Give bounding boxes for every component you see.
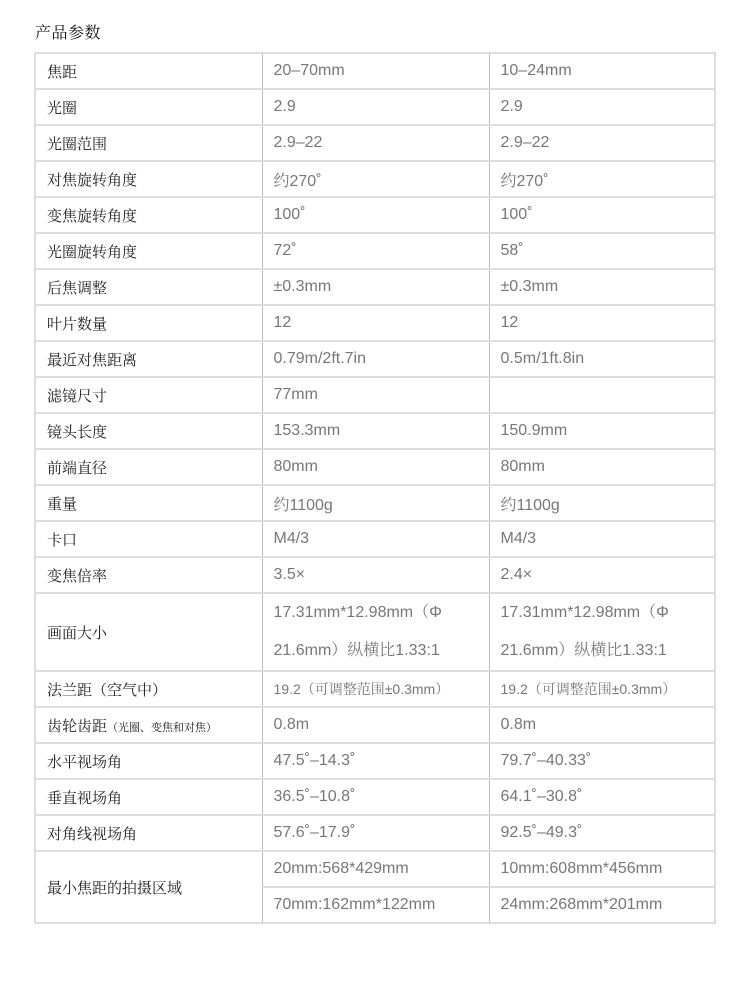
row-value-2: 约270˚ [489,161,715,197]
row-label: 最小焦距的拍摄区域 [35,851,262,923]
row-value-2: 约1100g [489,485,715,521]
row-label: 变焦旋转角度 [35,197,262,233]
table-row: 最近对焦距离 0.79m/2ft.7in 0.5m/1ft.8in [35,341,715,377]
row-value-2: 2.9–22 [489,125,715,161]
row-value-1: 20mm:568*429mm [262,851,489,887]
table-row: 叶片数量 12 12 [35,305,715,341]
row-label: 滤镜尺寸 [35,377,262,413]
row-value-1: 2.9 [262,89,489,125]
row-value-1: 约270˚ [262,161,489,197]
row-value-1: 57.6˚–17.9˚ [262,815,489,851]
row-label: 镜头长度 [35,413,262,449]
row-value-1: 20–70mm [262,53,489,89]
row-value-2: M4/3 [489,521,715,557]
row-label: 水平视场角 [35,743,262,779]
row-value-1: 153.3mm [262,413,489,449]
row-value-2: 10mm:608mm*456mm [489,851,715,887]
row-label: 变焦倍率 [35,557,262,593]
row-label: 卡口 [35,521,262,557]
row-value-2: 12 [489,305,715,341]
row-value-2 [489,377,715,413]
row-value-2: ±0.3mm [489,269,715,305]
row-value-1: 17.31mm*12.98mm（Φ 21.6mm）纵横比1.33:1 [262,593,489,671]
row-value-2: 2.9 [489,89,715,125]
row-value-1: 80mm [262,449,489,485]
table-row: 法兰距（空气中） 19.2（可调整范围±0.3mm） 19.2（可调整范围±0.… [35,671,715,707]
row-label: 垂直视场角 [35,779,262,815]
table-row: 最小焦距的拍摄区域 20mm:568*429mm 10mm:608mm*456m… [35,851,715,887]
row-value-1: 0.8m [262,707,489,743]
row-value-2: 150.9mm [489,413,715,449]
row-value-2: 17.31mm*12.98mm（Φ 21.6mm）纵横比1.33:1 [489,593,715,671]
row-value-1: 36.5˚–10.8˚ [262,779,489,815]
row-label: 画面大小 [35,593,262,671]
table-row: 水平视场角 47.5˚–14.3˚ 79.7˚–40.33˚ [35,743,715,779]
table-row: 卡口 M4/3 M4/3 [35,521,715,557]
row-value-1: 72˚ [262,233,489,269]
row-value-1: 3.5× [262,557,489,593]
row-value-1: 19.2（可调整范围±0.3mm） [262,671,489,707]
row-label: 光圈范围 [35,125,262,161]
row-label-note: （光圈、变焦和对焦） [107,721,217,734]
table-row: 重量 约1100g 约1100g [35,485,715,521]
table-row: 对焦旋转角度 约270˚ 约270˚ [35,161,715,197]
row-value-1: ±0.3mm [262,269,489,305]
table-row: 齿轮齿距（光圈、变焦和对焦） 0.8m 0.8m [35,707,715,743]
row-label: 齿轮齿距（光圈、变焦和对焦） [35,707,262,743]
row-value-1b: 70mm:162mm*122mm [262,887,489,923]
table-row: 光圈范围 2.9–22 2.9–22 [35,125,715,161]
row-value-2: 100˚ [489,197,715,233]
row-value-2: 64.1˚–30.8˚ [489,779,715,815]
row-value-2: 19.2（可调整范围±0.3mm） [489,671,715,707]
table-row: 对角线视场角 57.6˚–17.9˚ 92.5˚–49.3˚ [35,815,715,851]
row-label: 焦距 [35,53,262,89]
row-label: 前端直径 [35,449,262,485]
row-value-2: 0.8m [489,707,715,743]
table-row: 滤镜尺寸 77mm [35,377,715,413]
page-title: 产品参数 [35,20,101,43]
row-value-2: 0.5m/1ft.8in [489,341,715,377]
table-row: 镜头长度 153.3mm 150.9mm [35,413,715,449]
row-value-2: 10–24mm [489,53,715,89]
row-value-2: 80mm [489,449,715,485]
row-value-1: 47.5˚–14.3˚ [262,743,489,779]
row-value-1: 2.9–22 [262,125,489,161]
row-label: 重量 [35,485,262,521]
row-value-1: 0.79m/2ft.7in [262,341,489,377]
table-row: 前端直径 80mm 80mm [35,449,715,485]
row-value-1: 77mm [262,377,489,413]
table-row: 光圈旋转角度 72˚ 58˚ [35,233,715,269]
row-value-2b: 24mm:268mm*201mm [489,887,715,923]
table-row: 后焦调整 ±0.3mm ±0.3mm [35,269,715,305]
row-value-2: 92.5˚–49.3˚ [489,815,715,851]
row-label: 后焦调整 [35,269,262,305]
row-value-1: 100˚ [262,197,489,233]
table-row: 变焦旋转角度 100˚ 100˚ [35,197,715,233]
row-value-1: 12 [262,305,489,341]
table-row: 光圈 2.9 2.9 [35,89,715,125]
row-value-1: 约1100g [262,485,489,521]
table-row: 垂直视场角 36.5˚–10.8˚ 64.1˚–30.8˚ [35,779,715,815]
row-label: 光圈 [35,89,262,125]
table-row: 画面大小 17.31mm*12.98mm（Φ 21.6mm）纵横比1.33:1 … [35,593,715,671]
spec-table: 焦距 20–70mm 10–24mm 光圈 2.9 2.9 光圈范围 2.9–2… [34,52,716,924]
row-label: 叶片数量 [35,305,262,341]
row-value-2: 58˚ [489,233,715,269]
row-label: 最近对焦距离 [35,341,262,377]
row-label: 光圈旋转角度 [35,233,262,269]
table-row: 焦距 20–70mm 10–24mm [35,53,715,89]
row-label: 对焦旋转角度 [35,161,262,197]
row-value-1: M4/3 [262,521,489,557]
table-row: 变焦倍率 3.5× 2.4× [35,557,715,593]
row-label-main: 齿轮齿距 [47,717,107,735]
row-label: 对角线视场角 [35,815,262,851]
row-value-2: 79.7˚–40.33˚ [489,743,715,779]
row-label: 法兰距（空气中） [35,671,262,707]
row-value-2: 2.4× [489,557,715,593]
